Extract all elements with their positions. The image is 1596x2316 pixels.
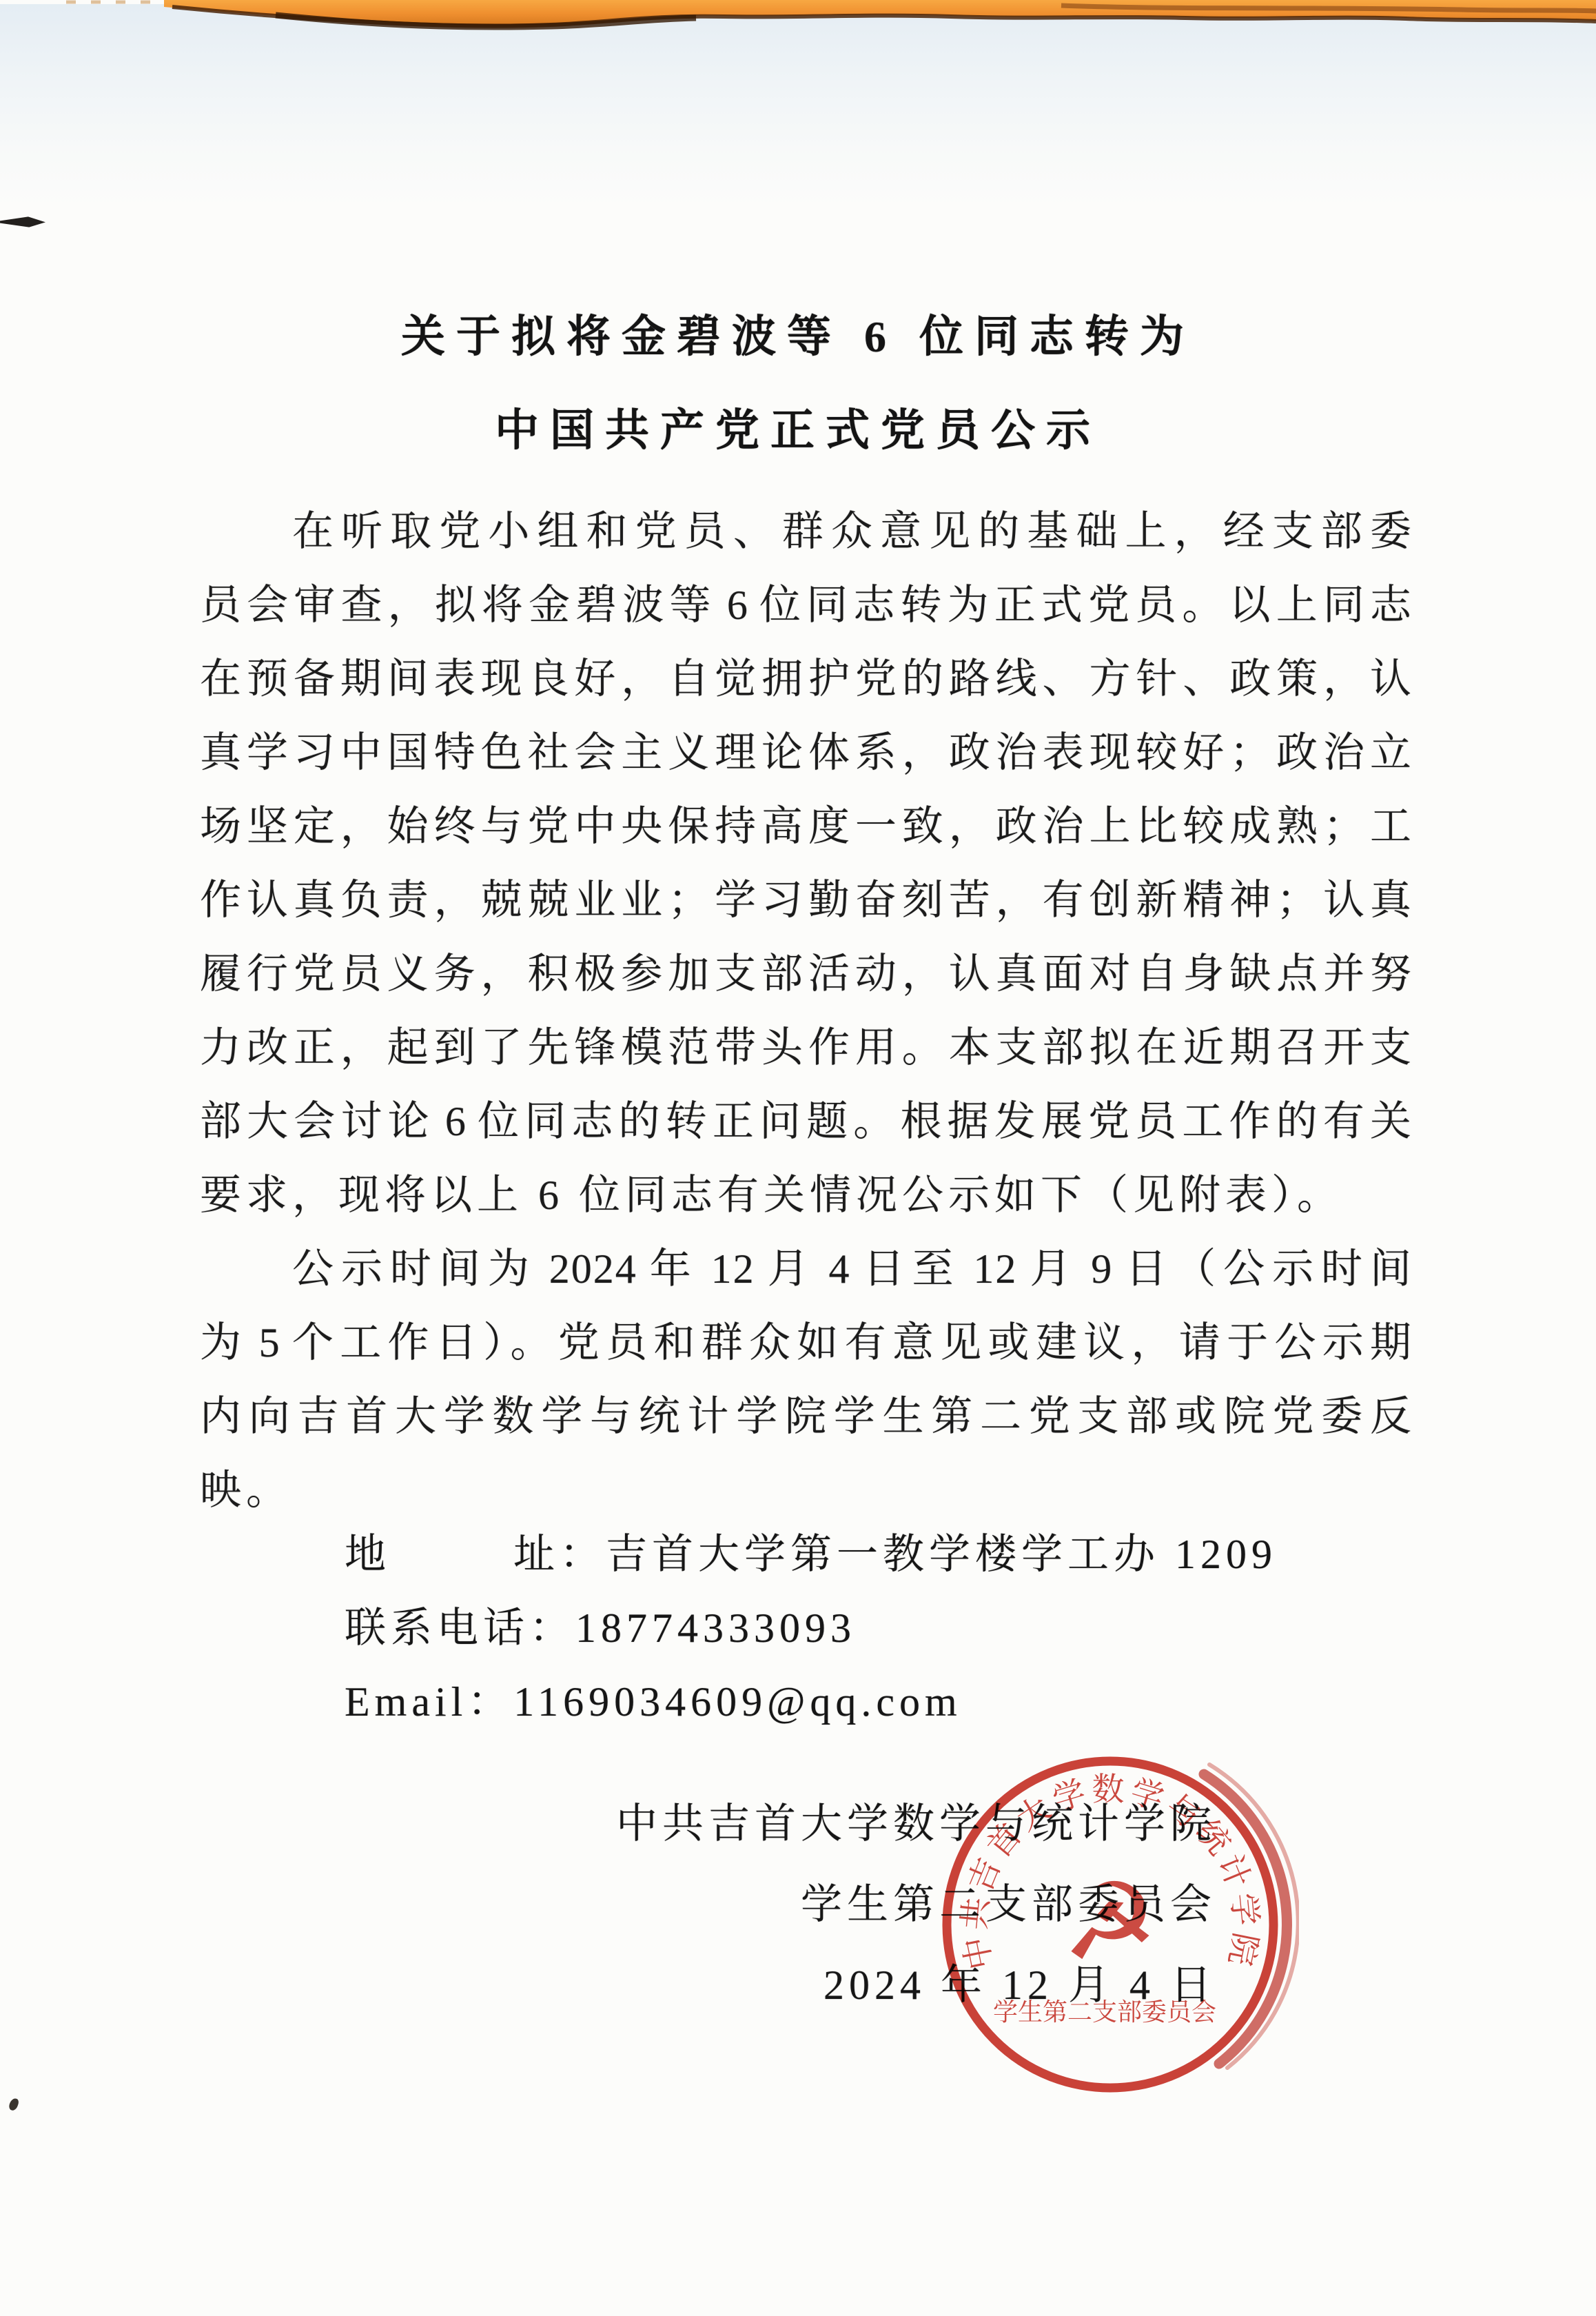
body-line: 作认真负责，兢兢业业；学习勤奋刻苦，有创新精神；认真 — [200, 864, 1413, 937]
scan-mark-arrow — [0, 215, 45, 229]
body-text: 在听取党小组和党员、群众意见的基础上，经支部委员会审查，拟将金碧波等 6 位同志… — [200, 495, 1413, 1527]
scan-mark-speck — [8, 2097, 20, 2112]
seal-bottom-text: 学生第二支部委员会 — [993, 1998, 1216, 2026]
body-line: 为 5 个工作日）。党员和群众如有意见或建议，请于公示期 — [200, 1306, 1413, 1380]
body-line: 履行党员义务，积极参加支部活动，认真面对自身缺点并努 — [200, 937, 1413, 1011]
contact-block: 地址：吉首大学第一教学楼学工办 1209 联系电话：18774333093 Em… — [345, 1534, 1277, 1755]
contact-address-row: 地址：吉首大学第一教学楼学工办 1209 — [345, 1534, 1277, 1575]
hammer-sickle-icon: ☭ — [1063, 1860, 1158, 1984]
body-line: 真学习中国特色社会主义理论体系，政治表现较好；政治立 — [200, 716, 1413, 790]
body-line: 员会审查，拟将金碧波等 6 位同志转为正式党员。以上同志 — [200, 569, 1413, 642]
body-line: 映。 — [200, 1454, 1413, 1527]
document-title-line2: 中国共产党正式党员公示 — [0, 408, 1596, 454]
body-line: 在听取党小组和党员、群众意见的基础上，经支部委 — [200, 495, 1413, 569]
contact-address-label: 地 — [345, 1532, 391, 1577]
scanned-document-page: 关于拟将金碧波等 6 位同志转为 中国共产党正式党员公示 在听取党小组和党员、群… — [0, 0, 1596, 2316]
official-seal-stamp: 中共吉首大学数学与统计学院 ☭ 学生第二支部委员会 — [927, 1744, 1299, 2116]
body-line: 要求，现将以上 6 位同志有关情况公示如下（见附表）。 — [200, 1159, 1413, 1232]
contact-phone-row: 联系电话：18774333093 — [345, 1607, 1277, 1649]
body-line: 公示时间为 2024 年 12 月 4 日至 12 月 9 日（公示时间 — [200, 1232, 1413, 1306]
body-line: 场坚定，始终与党中央保持高度一致，政治上比较成熟；工 — [200, 790, 1413, 864]
body-line: 部大会讨论 6 位同志的转正问题。根据发展党员工作的有关 — [200, 1085, 1413, 1159]
contact-address-value: 址：吉首大学第一教学楼学工办 1209 — [513, 1532, 1277, 1577]
body-line: 内向吉首大学数学与统计学院学生第二党支部或院党委反 — [200, 1380, 1413, 1454]
scan-edge-band — [0, 0, 1596, 48]
document-title-line1: 关于拟将金碧波等 6 位同志转为 — [0, 314, 1596, 360]
body-line: 力改正，起到了先锋模范带头作用。本支部拟在近期召开支 — [200, 1011, 1413, 1085]
contact-email-row: Email：1169034609@qq.com — [345, 1681, 1277, 1723]
body-line: 在预备期间表现良好，自觉拥护党的路线、方针、政策，认 — [200, 642, 1413, 716]
